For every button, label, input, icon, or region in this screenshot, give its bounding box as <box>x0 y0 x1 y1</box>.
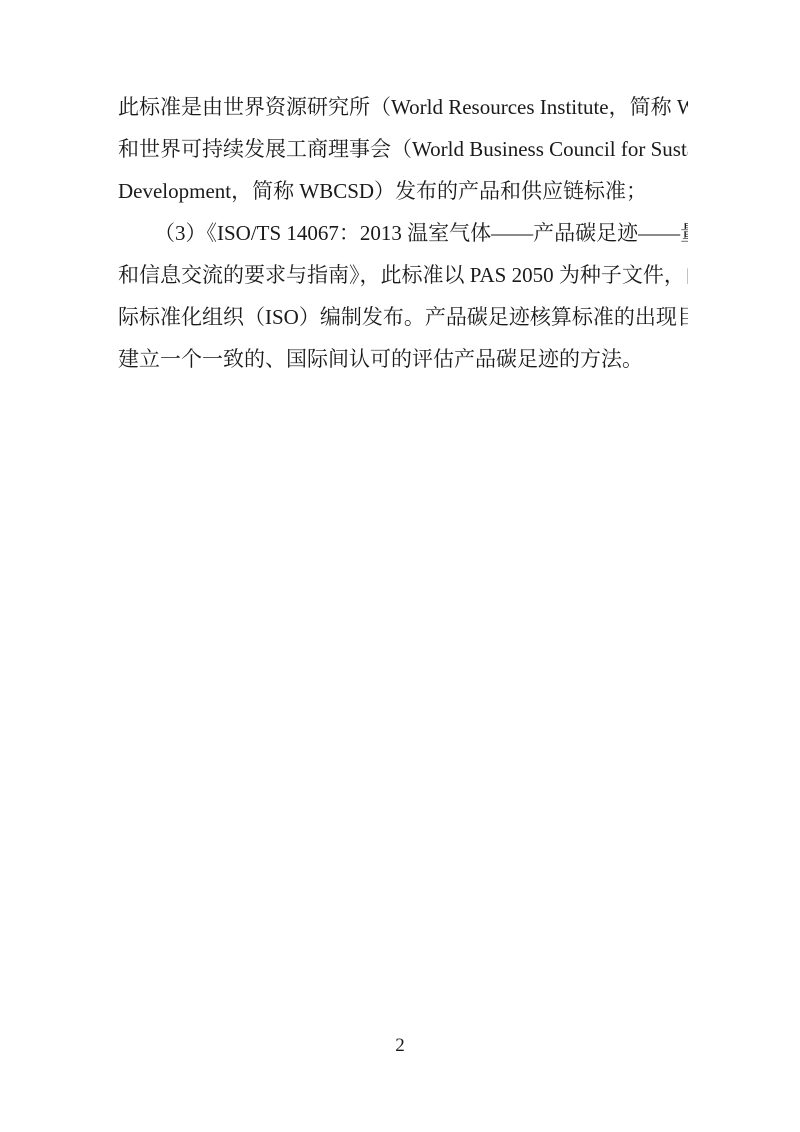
text-line: 建立一个一致的、国际间认可的评估产品碳足迹的方法。 <box>118 338 688 380</box>
text-line: 际标准化组织（ISO）编制发布。产品碳足迹核算标准的出现目的是 <box>118 296 688 338</box>
text-line: 和世界可持续发展工商理事会（World Business Council for… <box>118 128 688 170</box>
paragraph-2: （3）《ISO/TS 14067：2013 温室气体——产品碳足迹——量化 和信… <box>118 212 688 380</box>
text-line: （3）《ISO/TS 14067：2013 温室气体——产品碳足迹——量化 <box>118 212 688 254</box>
document-page: 此标准是由世界资源研究所（World Resources Institute，简… <box>0 0 800 1132</box>
text-line: 和信息交流的要求与指南》，此标准以 PAS 2050 为种子文件，由国 <box>118 254 688 296</box>
text-line: 此标准是由世界资源研究所（World Resources Institute，简… <box>118 86 688 128</box>
text-line: Development，简称 WBCSD）发布的产品和供应链标准； <box>118 170 688 212</box>
paragraph-1: 此标准是由世界资源研究所（World Resources Institute，简… <box>118 86 688 212</box>
page-number: 2 <box>0 1034 800 1058</box>
body-text: 此标准是由世界资源研究所（World Resources Institute，简… <box>118 86 688 380</box>
